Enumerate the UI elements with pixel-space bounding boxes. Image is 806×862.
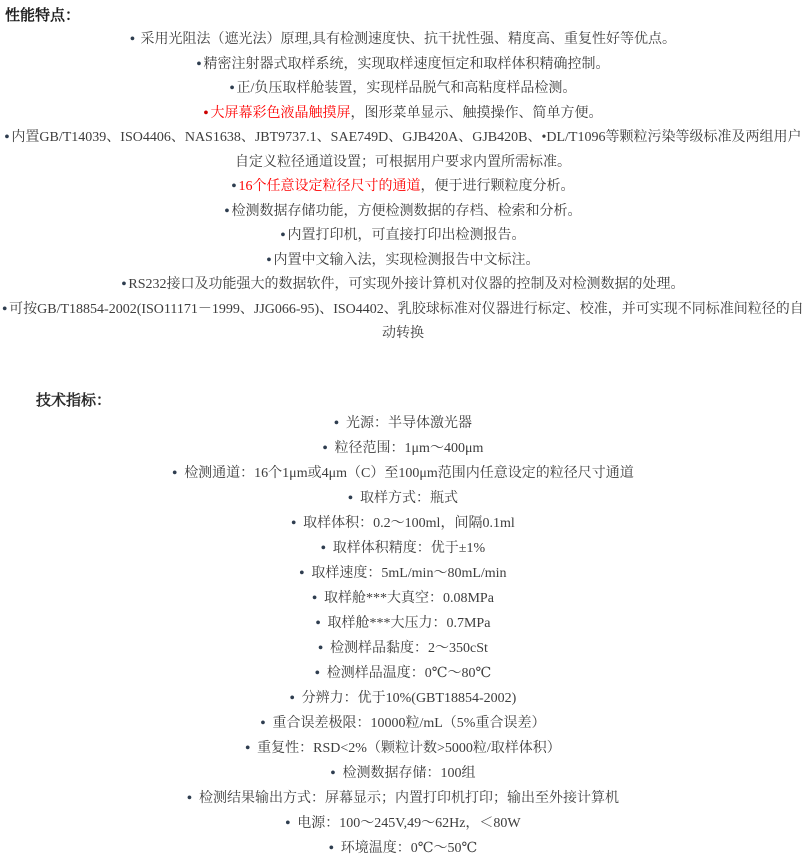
bullet-icon: • [130, 32, 135, 47]
bullet-icon: • [329, 841, 334, 856]
feature-item: •精密注射器式取样系统，实现取样速度恒定和取样体积精确控制。 [0, 53, 806, 78]
bullet-icon: • [291, 516, 296, 531]
bullet-icon: • [348, 491, 353, 506]
bullet-icon: • [4, 130, 9, 145]
feature-item: •大屏幕彩色液晶触摸屏，图形菜单显示、触摸操作、简单方便。 [0, 102, 806, 127]
spec-text: 重复性：RSD<2%（颗粒计数>5000粒/取样体积） [257, 741, 561, 756]
spec-item: •光源：半导体激光器 [0, 411, 806, 436]
spec-item: •取样方式：瓶式 [0, 486, 806, 511]
bullet-icon: • [290, 691, 295, 706]
bullet-icon: • [245, 741, 250, 756]
spec-text: 取样体积精度：优于±1% [333, 541, 485, 556]
bullet-icon: • [204, 106, 209, 121]
feature-item: •可按GB/T18854-2002(ISO11171－1999、JJG066-9… [0, 298, 806, 347]
feature-text: 采用光阻法（遮光法）原理,具有检测速度快、抗干扰性强、精度高、重复性好等优点。 [137, 32, 676, 47]
specs-list: •光源：半导体激光器•粒径范围：1μm～400μm•检测通道：16个1μm或4μ… [0, 411, 806, 861]
spec-text: 检测结果输出方式：屏幕显示；内置打印机打印；输出至外接计算机 [199, 791, 619, 806]
bullet-icon: • [285, 816, 290, 831]
features-list: • 采用光阻法（遮光法）原理,具有检测速度快、抗干扰性强、精度高、重复性好等优点… [0, 26, 806, 347]
spec-item: •环境温度：0℃～50℃ [0, 836, 806, 861]
spec-text: 检测样品黏度：2～350cSt [330, 641, 488, 656]
spec-text: 检测样品温度：0℃～80℃ [327, 666, 491, 681]
bullet-icon: • [321, 541, 326, 556]
spec-text: 取样舱***大压力：0.7MPa [327, 616, 490, 631]
spec-item: •电源：100～245V,49～62Hz，＜80W [0, 811, 806, 836]
spec-item: •取样体积精度：优于±1% [0, 536, 806, 561]
feature-item: •16个任意设定粒径尺寸的通道，便于进行颗粒度分析。 [0, 175, 806, 200]
spec-text: 取样速度：5mL/min～80mL/min [311, 566, 506, 581]
bullet-icon: • [334, 416, 339, 431]
specs-heading: 技术指标： [36, 391, 806, 411]
spec-text: 检测数据存储：100组 [342, 766, 475, 781]
bullet-icon: • [315, 666, 320, 681]
spec-item: •重复性：RSD<2%（颗粒计数>5000粒/取样体积） [0, 736, 806, 761]
bullet-icon: • [281, 228, 286, 243]
bullet-icon: • [172, 466, 177, 481]
bullet-icon: • [312, 591, 317, 606]
spec-item: •重合误差极限：10000粒/mL（5%重合误差） [0, 711, 806, 736]
bullet-icon: • [187, 791, 192, 806]
feature-item: •内置中文输入法，实现检测报告中文标注。 [0, 249, 806, 274]
feature-item: •RS232接口及功能强大的数据软件，可实现外接计算机对仪器的控制及对检测数据的… [0, 273, 806, 298]
feature-text: 内置中文输入法，实现检测报告中文标注。 [273, 253, 539, 268]
spec-text: 检测通道：16个1μm或4μm（C）至100μm范围内任意设定的粒径尺寸通道 [184, 466, 634, 481]
feature-text: 正/负压取样舱装置，实现样品脱气和高粘度样品检测。 [237, 81, 577, 96]
feature-item: •检测数据存储功能，方便检测数据的存档、检索和分析。 [0, 200, 806, 225]
bullet-icon: • [323, 441, 328, 456]
spec-text: 电源：100～245V,49～62Hz，＜80W [297, 816, 520, 831]
spec-item: •取样速度：5mL/min～80mL/min [0, 561, 806, 586]
bullet-icon: • [299, 566, 304, 581]
spec-document: 性能特点： • 采用光阻法（遮光法）原理,具有检测速度快、抗干扰性强、精度高、重… [0, 0, 806, 861]
spec-text: 分辨力：优于10%(GBT18854-2002) [302, 691, 517, 706]
feature-item: •内置GB/T14039、ISO4406、NAS1638、JBT9737.1、S… [0, 126, 806, 175]
bullet-icon: • [318, 641, 323, 656]
bullet-icon: • [2, 302, 7, 317]
spec-item: •检测数据存储：100组 [0, 761, 806, 786]
spec-item: •取样舱***大真空：0.08MPa [0, 586, 806, 611]
features-heading: 性能特点： [0, 0, 806, 26]
spec-item: •检测通道：16个1μm或4μm（C）至100μm范围内任意设定的粒径尺寸通道 [0, 461, 806, 486]
feature-item: •内置打印机，可直接打印出检测报告。 [0, 224, 806, 249]
feature-text: RS232接口及功能强大的数据软件，可实现外接计算机对仪器的控制及对检测数据的处… [128, 277, 684, 292]
spec-item: •取样体积：0.2～100ml，间隔0.1ml [0, 511, 806, 536]
feature-item: •正/负压取样舱装置，实现样品脱气和高粘度样品检测。 [0, 77, 806, 102]
feature-text: 精密注射器式取样系统，实现取样速度恒定和取样体积精确控制。 [203, 57, 609, 72]
bullet-icon: • [267, 253, 272, 268]
spec-text: 光源：半导体激光器 [346, 416, 472, 431]
spec-item: •检测结果输出方式：屏幕显示；内置打印机打印；输出至外接计算机 [0, 786, 806, 811]
spec-text: 粒径范围：1μm～400μm [335, 441, 484, 456]
spec-item: •分辨力：优于10%(GBT18854-2002) [0, 686, 806, 711]
bullet-icon: • [121, 277, 126, 292]
spec-text: 环境温度：0℃～50℃ [341, 841, 477, 856]
feature-text-highlight: 大屏幕彩色液晶触摸屏 [210, 106, 350, 121]
bullet-icon: • [230, 81, 235, 96]
feature-text: ，便于进行颗粒度分析。 [420, 179, 574, 194]
feature-text-highlight: 16个任意设定粒径尺寸的通道 [238, 179, 420, 194]
spec-item: •检测样品黏度：2～350cSt [0, 636, 806, 661]
feature-text: 可按GB/T18854-2002(ISO11171－1999、JJG066-95… [9, 302, 804, 342]
spec-text: 取样方式：瓶式 [360, 491, 458, 506]
bullet-icon: • [225, 204, 230, 219]
bullet-icon: • [331, 766, 336, 781]
spec-text: 取样舱***大真空：0.08MPa [324, 591, 494, 606]
bullet-icon: • [316, 616, 321, 631]
spec-item: •取样舱***大压力：0.7MPa [0, 611, 806, 636]
spec-text: 取样体积：0.2～100ml，间隔0.1ml [303, 516, 515, 531]
bullet-icon: • [197, 57, 202, 72]
spec-item: •粒径范围：1μm～400μm [0, 436, 806, 461]
feature-text: ，图形菜单显示、触摸操作、简单方便。 [350, 106, 602, 121]
spec-text: 重合误差极限：10000粒/mL（5%重合误差） [272, 716, 545, 731]
bullet-icon: • [261, 716, 266, 731]
feature-item: • 采用光阻法（遮光法）原理,具有检测速度快、抗干扰性强、精度高、重复性好等优点… [0, 28, 806, 53]
feature-text: 内置GB/T14039、ISO4406、NAS1638、JBT9737.1、SA… [11, 130, 801, 170]
bullet-icon: • [232, 179, 237, 194]
feature-text: 内置打印机，可直接打印出检测报告。 [287, 228, 525, 243]
spec-item: •检测样品温度：0℃～80℃ [0, 661, 806, 686]
feature-text: 检测数据存储功能，方便检测数据的存档、检索和分析。 [231, 204, 581, 219]
